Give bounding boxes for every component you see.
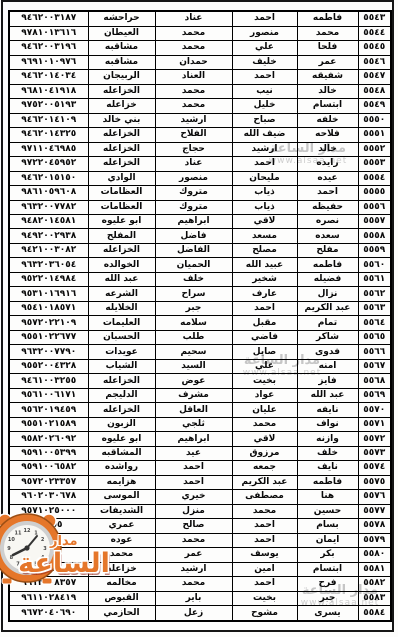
cell-grandfather-name: ابراهيم (155, 432, 232, 446)
cell-id: ٥٥٧٣ (358, 446, 391, 460)
cell-grandfather-name: السيد (155, 359, 232, 373)
cell-first-name: فضيله (297, 272, 358, 286)
cell-first-name: عبد الله (297, 388, 358, 402)
cell-grandfather-name: العاقل (155, 403, 232, 417)
cell-first-name: عمر (297, 55, 358, 69)
cell-grandfather-name: عوض (155, 374, 232, 388)
table-row: ٥٥٤٤محمدمنصورمحمدالعيطان٩٧٨١٠١٣٦١٦ (9, 26, 391, 40)
cell-phone: ٩٧٨١٠١٣٦١٦ (9, 26, 88, 40)
cell-phone: ٩٥٦٢٠١٩٤٥٩ (9, 403, 88, 417)
cell-grandfather-name: احمد (155, 461, 232, 475)
cell-father-name: جمعه (232, 461, 297, 475)
cell-id: ٥٥٦٢ (358, 287, 391, 301)
cell-family-name: الخوالده (88, 258, 155, 272)
cell-phone: ٩٦٣٢٠٠٧٧٨٢ (9, 200, 88, 214)
cell-id: ٥٥٥٧ (358, 215, 391, 229)
cell-first-name: حفيظه (297, 200, 358, 214)
cell-id: ٥٥٤٣ (358, 11, 391, 26)
cell-id: ٥٥٥٨ (358, 229, 391, 243)
table-row: ٥٥٥٨سعدهمسعدفاضلالمفلح٩٤٩٢٠٠٢٩٣٨ (9, 229, 391, 243)
cell-id: ٥٥٨٣ (358, 591, 391, 605)
cell-id: ٥٥٨٢ (358, 577, 391, 591)
cell-family-name: المفلح (88, 229, 155, 243)
cell-phone: ٩٤٦٢٠١٤٣٢٥ (9, 128, 88, 142)
cell-id: ٥٥٤٧ (358, 70, 391, 84)
cell-father-name: شخير (232, 272, 297, 286)
cell-father-name: امين (232, 562, 297, 576)
cell-id: ٥٥٧٤ (358, 461, 391, 475)
cell-phone: ٩٤٢١٠٠٣٠٨٢ (9, 243, 88, 257)
table-row: ٥٥٤٩ابتسامخليلمحمدخزاعله٩٧٥٢٠٠٥١٩٣ (9, 99, 391, 113)
cell-phone: ٩٥٨٢٠٢٦٠٩٢ (9, 432, 88, 446)
cell-first-name: فاطمه (297, 11, 358, 26)
cell-first-name: حسين (297, 504, 358, 518)
cell-first-name: بكر (297, 548, 358, 562)
cell-id: ٥٥٦٦ (358, 345, 391, 359)
cell-family-name: مشاقبه (88, 41, 155, 55)
cell-family-name: الحازمي (88, 606, 155, 621)
cell-grandfather-name: حجاج (155, 142, 232, 156)
cell-id: ٥٥٥٦ (358, 200, 391, 214)
cell-family-name: الخزاعله (88, 374, 155, 388)
cell-family-name: خزاعله (88, 562, 155, 576)
cell-id: ٥٥٥٤ (358, 171, 391, 185)
cell-id: ٥٥٧٩ (358, 533, 391, 547)
cell-father-name: علي (232, 359, 297, 373)
scanned-register-page: { "watermarks": { "site_name": "مدار الس… (0, 0, 398, 637)
cell-phone: ٩٦١٢٠٠٨٣٥٧ (9, 577, 88, 591)
cell-family-name: رواشده (88, 461, 155, 475)
cell-grandfather-name: خيري (155, 490, 232, 504)
cell-father-name: خليف (232, 55, 297, 69)
cell-phone: ٩٦٣٢٠٠٧٧٩٠ (9, 345, 88, 359)
cell-first-name: احمد (297, 186, 358, 200)
cell-family-name: الخزاعله (88, 142, 155, 156)
cell-phone: ٩٦٨١٠٤١٩١٨ (9, 84, 88, 98)
table-row: ٥٥٤٦عمرخليفحمدانمشاقبه٩٦٩١٠١٠٩٧٦ (9, 55, 391, 69)
cell-id: ٥٥٦٧ (358, 359, 391, 373)
cell-id: ٥٥٧٥ (358, 475, 391, 489)
cell-id: ٥٥٥٠ (358, 113, 391, 127)
table-row: ٥٥٧٩ايماناحمدمحمدعوده٤ (9, 533, 391, 547)
table-row: ٥٥٦٥شاكرفاضيطلبالحسبان٩٥٥١٠٢٢٦٧٧ (9, 330, 391, 344)
cell-first-name: هنا (297, 490, 358, 504)
table-row: ٥٥٧٢وازنهلاقيابراهيمابو عليوه٩٥٨٢٠٢٦٠٩٢ (9, 432, 391, 446)
cell-phone: ٩٥٤١٠١٨٥٧١ (9, 301, 88, 315)
cell-father-name: ارشيد (232, 142, 297, 156)
cell-phone: ٩٧٥٢٠٠٥١٩٣ (9, 99, 88, 113)
cell-grandfather-name: سحيم (155, 345, 232, 359)
cell-family-name: المشاقبه (88, 446, 155, 460)
cell-grandfather-name: منزل (155, 504, 232, 518)
cell-family-name: حراحشه (88, 11, 155, 26)
cell-father-name: احمد (232, 70, 297, 84)
cell-grandfather-name: محمد (155, 99, 232, 113)
table-row: ٥٥٥٢خالدارشيدحجاجالخزاعله٩٧١١٠٤٦٩٨٥ (9, 142, 391, 156)
cell-first-name: رايده (297, 157, 358, 171)
table-row: ٥٥٦٢نزالعارفسراحالشرعه٩٥٣١٠١٦٩١٦ (9, 287, 391, 301)
cell-phone: ٩٥٥١٠٢١٥٨٩ (9, 417, 88, 431)
cell-first-name: ايمان (297, 533, 358, 547)
cell-first-name: عيده (297, 171, 358, 185)
cell-first-name: وازنه (297, 432, 358, 446)
cell-father-name: عواد (232, 388, 297, 402)
cell-first-name: فاطمه (297, 258, 358, 272)
cell-family-name: محمد (88, 548, 155, 562)
cell-father-name: ذياب (232, 200, 297, 214)
cell-grandfather-name: الفاضل (155, 243, 232, 257)
cell-id: ٥٥٨٤ (358, 606, 391, 621)
table-row: ٥٥٥٤عيدهمليحانمنصورالوادي٩٤٦٢٠١٥١٥٠ (9, 171, 391, 185)
cell-first-name: خلف (297, 446, 358, 460)
cell-first-name: تمام (297, 316, 358, 330)
cell-first-name: نواف (297, 417, 358, 431)
cell-family-name: الخزاعله (88, 128, 155, 142)
cell-father-name: مشوح (232, 606, 297, 621)
cell-first-name: فلحا (297, 41, 358, 55)
cell-grandfather-name: محمد (155, 577, 232, 591)
cell-family-name: عويدات (88, 345, 155, 359)
table-row: ٥٥٥٠خلفهصباحارشيدبني خالد٩٤٦٢٠١٤١٠٩ (9, 113, 391, 127)
cell-family-name: عبد الله (88, 272, 155, 286)
cell-phone: ٩٥٢٢٠١٤٩٨٤ (9, 272, 88, 286)
cell-family-name: الحسبان (88, 330, 155, 344)
cell-father-name: لاقي (232, 432, 297, 446)
table-row: ٥٥٤٨خالدنيبمحمدالخزاعله٩٦٨١٠٤١٩١٨ (9, 84, 391, 98)
table-row: ٥٥٥١فلاحهضيف اللهالفلاحالخزاعله٩٤٦٢٠١٤٣٢… (9, 128, 391, 142)
cell-grandfather-name: عيد (155, 446, 232, 460)
cell-family-name: مخالمه (88, 577, 155, 591)
table-row: ٥٥٦٤تماممقبلسلامهالعليمات٩٥٧٢٠٢٢١٠٩ (9, 316, 391, 330)
cell-phone: ٤ (9, 533, 88, 547)
cell-id: ٥٥٨٠ (358, 548, 391, 562)
cell-phone: ١ (9, 548, 88, 562)
cell-grandfather-name: سلامه (155, 316, 232, 330)
cell-first-name: شاكر (297, 330, 358, 344)
cell-grandfather-name: فاضل (155, 229, 232, 243)
cell-father-name: عارف (232, 287, 297, 301)
cell-id: ٥٥٧٧ (358, 504, 391, 518)
cell-father-name: علي (232, 41, 297, 55)
cell-father-name: صباح (232, 113, 297, 127)
table-row: ٥٥٦٦فدوىصايلسحيمعويدات٩٦٣٢٠٠٧٧٩٠ (9, 345, 391, 359)
table-row: ٥٥٦١فضيلهشخيرخلفعبد الله٩٥٢٢٠١٤٩٨٤ (9, 272, 391, 286)
cell-family-name: القبوص (88, 591, 155, 605)
cell-phone: ٩٥٧٢٠٢٢١٠٩ (9, 316, 88, 330)
cell-family-name: بني خالد (88, 113, 155, 127)
cell-grandfather-name: محمد (155, 533, 232, 547)
cell-phone: ٩٥٧١٠٢٥٠٠٠ (9, 504, 88, 518)
cell-family-name: الموسى (88, 490, 155, 504)
cell-family-name: الخلايله (88, 301, 155, 315)
cell-phone: ٩٦١١٠٢٨٤١٩ (9, 591, 88, 605)
table-row: ٥٥٥٧نصرهلاقيابراهيمابو عليوه٩٤٨٢٠١٤٥٨١ (9, 215, 391, 229)
cell-father-name: مقبل (232, 316, 297, 330)
cell-family-name: الشديفات (88, 504, 155, 518)
cell-grandfather-name: احمد (155, 475, 232, 489)
cell-first-name: نزال (297, 287, 358, 301)
cell-phone: ٩٦٠٢٠٣٠٦٧٨ (9, 490, 88, 504)
cell-first-name: نايف (297, 461, 358, 475)
cell-father-name: مرزوق (232, 446, 297, 460)
table-row: ٥٥٦٣عبد الكريماحمدجبرالخلايله٩٥٤١٠١٨٥٧١ (9, 301, 391, 315)
cell-grandfather-name: متروك (155, 186, 232, 200)
cell-grandfather-name: زعل (155, 606, 232, 621)
cell-phone: ٩٤٦١٠٠٣٢٥٥ (9, 374, 88, 388)
cell-first-name: بسام (297, 519, 358, 533)
cell-id: ٥٥٧٢ (358, 432, 391, 446)
table-row: ٥٥٥٥احمدذيابمتروكالعظامات٩٨٦١٠٥٩٦٠٨ (9, 186, 391, 200)
cell-father-name: احمد (232, 577, 297, 591)
cell-first-name: ابتسام (297, 562, 358, 576)
cell-id: ٥٥٤٥ (358, 41, 391, 55)
cell-family-name: خزاعله (88, 99, 155, 113)
cell-phone: ٩٤٦٢٠١٥١٥٠ (9, 171, 88, 185)
table-row: ٥٥٨١ابتسامامينارشيدخزاعله٨٧٤ (9, 562, 391, 576)
cell-family-name: الخزاعله (88, 84, 155, 98)
cell-grandfather-name: العناد (155, 70, 232, 84)
cell-phone: ٩٥٧٢٠٢٣٣٥٧ (9, 475, 88, 489)
cell-first-name: ابتسام (297, 99, 358, 113)
cell-id: ٥٥٧٠ (358, 403, 391, 417)
cell-phone: ٩٧٢٢٠٤٥٩٥٢ (9, 157, 88, 171)
cell-father-name: بخيت (232, 374, 297, 388)
cell-father-name: ذياب (232, 186, 297, 200)
table-row: ٥٥٧٤نايفجمعهاحمدرواشده٩٥٩١٠٠٦٥٨٢ (9, 461, 391, 475)
table-row: ٥٥٦٧امنهعليالسيدالشياب٩٥٥٢٠٠٤٣٢٨ (9, 359, 391, 373)
cell-father-name: احمد (232, 533, 297, 547)
cell-grandfather-name: عناد (155, 157, 232, 171)
cell-first-name: جبر (297, 591, 358, 605)
cell-phone: ٩٨٦١٠٥٩٦٠٨ (9, 186, 88, 200)
cell-first-name: عبد الكريم (297, 301, 358, 315)
cell-grandfather-name: الحميان (155, 258, 232, 272)
cell-family-name: مشاقبه (88, 55, 155, 69)
table-row: ٥٥٨٠بكريوسفعمرمحمد١ (9, 548, 391, 562)
cell-family-name: الخزاعله (88, 157, 155, 171)
cell-id: ٥٥٦٥ (358, 330, 391, 344)
cell-family-name: الزبون (88, 417, 155, 431)
cell-father-name: احمد (232, 11, 297, 26)
cell-family-name: العيطان (88, 26, 155, 40)
cell-grandfather-name: الفلاح (155, 128, 232, 142)
cell-grandfather-name: ثلجي (155, 417, 232, 431)
cell-family-name: الدليجم (88, 388, 155, 402)
table-row: ٥٥٤٣فاطمهاحمدعنادحراحشه٩٤٦٢٠٠٣١٨٧ (9, 11, 391, 26)
cell-family-name: الوادي (88, 171, 155, 185)
cell-father-name: لاقي (232, 215, 297, 229)
table-row: ٥٥٧٦هنامصطفىخيريالموسى٩٦٠٢٠٣٠٦٧٨ (9, 490, 391, 504)
cell-grandfather-name: عناد (155, 11, 232, 26)
cell-phone: ٩٤٦٢٠٠٣١٨٧ (9, 11, 88, 26)
cell-family-name: عمري (88, 519, 155, 533)
cell-phone: ٩٦٣٢٠٣٦٠٥٤ (9, 258, 88, 272)
cell-first-name: نصره (297, 215, 358, 229)
records-tbody: ٥٥٤٣فاطمهاحمدعنادحراحشه٩٤٦٢٠٠٣١٨٧٥٥٤٤محم… (9, 11, 391, 621)
records-table: ٥٥٤٣فاطمهاحمدعنادحراحشه٩٤٦٢٠٠٣١٨٧٥٥٤٤محم… (8, 10, 392, 622)
cell-father-name: احمد (232, 519, 297, 533)
cell-first-name: يسرى (297, 606, 358, 621)
cell-first-name: مفلح (297, 243, 358, 257)
cell-first-name: فرح (297, 577, 358, 591)
cell-family-name: العليمات (88, 316, 155, 330)
cell-father-name: مصلح (232, 243, 297, 257)
cell-first-name: فدوى (297, 345, 358, 359)
cell-grandfather-name: صالح (155, 519, 232, 533)
cell-phone: ٩٦٧٢٠٤٠٦٩٠ (9, 606, 88, 621)
cell-first-name: نايفه (297, 403, 358, 417)
cell-family-name: العظامات (88, 200, 155, 214)
cell-grandfather-name: محمد (155, 84, 232, 98)
table-row: ٥٥٧٥فاطمهعبد الكريماحمدهزايمه٩٥٧٢٠٢٣٣٥٧ (9, 475, 391, 489)
cell-family-name: الشرعه (88, 287, 155, 301)
cell-grandfather-name: ارشيد (155, 113, 232, 127)
cell-first-name: شفيقه (297, 70, 358, 84)
cell-id: ٥٥٧١ (358, 417, 391, 431)
cell-id: ٥٥٦٩ (358, 388, 391, 402)
cell-family-name: الربيجان (88, 70, 155, 84)
cell-id: ٥٥٤٩ (358, 99, 391, 113)
cell-id: ٥٥٤٨ (358, 84, 391, 98)
cell-phone: ٩٥٦١٠٠٦١٧١ (9, 388, 88, 402)
cell-id: ٥٥٦٣ (358, 301, 391, 315)
cell-grandfather-name: محمد (155, 26, 232, 40)
cell-phone: ٩٤٦٢٠١٤٠٣٤ (9, 70, 88, 84)
table-row: ٥٥٧١نوافمحمدثلجيالزبون٩٥٥١٠٢١٥٨٩ (9, 417, 391, 431)
cell-grandfather-name: جبر (155, 301, 232, 315)
table-row: ٥٥٥٣رايدهاحمدعنادالخزاعله٩٧٢٢٠٤٥٩٥٢ (9, 157, 391, 171)
cell-father-name: خليل (232, 99, 297, 113)
cell-phone: ٩٧١١٠٤٦٩٨٥ (9, 142, 88, 156)
cell-id: ٥٥٥٥ (358, 186, 391, 200)
cell-first-name: خلفه (297, 113, 358, 127)
cell-family-name: الخزاعله (88, 243, 155, 257)
cell-grandfather-name: خلف (155, 272, 232, 286)
cell-grandfather-name: سراح (155, 287, 232, 301)
cell-phone: ٩٤٨٢٠١٤٥٨١ (9, 215, 88, 229)
cell-grandfather-name: طلب (155, 330, 232, 344)
cell-id: ٥٥٦٠ (358, 258, 391, 272)
cell-first-name: فايز (297, 374, 358, 388)
cell-father-name: يوسف (232, 548, 297, 562)
cell-father-name: صايل (232, 345, 297, 359)
cell-first-name: خالد (297, 142, 358, 156)
cell-phone: ٠٤٢٥٥ (9, 519, 88, 533)
table-row: ٥٥٤٥فلحاعليمحمدمشاقبه٩٤٦٢٠٠٣١٩٦ (9, 41, 391, 55)
table-row: ٥٥٧٧حسينمحمدمنزلالشديفات٩٥٧١٠٢٥٠٠٠ (9, 504, 391, 518)
cell-family-name: العظامات (88, 186, 155, 200)
table-row: ٥٥٦٨فايزبخيتعوضالخزاعله٩٤٦١٠٠٣٢٥٥ (9, 374, 391, 388)
cell-family-name: الخزاعله (88, 403, 155, 417)
cell-grandfather-name: ارشيد (155, 562, 232, 576)
table-row: ٥٥٥٦حفيظهذيابمتروكالعظامات٩٦٣٢٠٠٧٧٨٢ (9, 200, 391, 214)
cell-phone: ٩٥٩١٠٠٦٥٨٢ (9, 461, 88, 475)
cell-father-name: احمد (232, 157, 297, 171)
cell-grandfather-name: عمر (155, 548, 232, 562)
cell-grandfather-name: مشرف (155, 388, 232, 402)
table-row: ٥٥٥٩مفلحمصلحالفاضلالخزاعله٩٤٢١٠٠٣٠٨٢ (9, 243, 391, 257)
cell-phone: ٩٥٥١٠٢٢٦٧٧ (9, 330, 88, 344)
cell-id: ٥٥٦٤ (358, 316, 391, 330)
cell-grandfather-name: ابراهيم (155, 215, 232, 229)
cell-family-name: هزايمه (88, 475, 155, 489)
cell-father-name: عبد الكريم (232, 475, 297, 489)
cell-id: ٥٥٥١ (358, 128, 391, 142)
cell-father-name: بخيت (232, 591, 297, 605)
table-row: ٥٥٧٨بساماحمدصالحعمري٠٤٢٥٥ (9, 519, 391, 533)
cell-phone: ٩٥٥٢٠٠٤٣٢٨ (9, 359, 88, 373)
cell-id: ٥٥٧٨ (358, 519, 391, 533)
cell-phone: ٩٤٦٢٠١٤١٠٩ (9, 113, 88, 127)
cell-phone: ٩٦٩١٠١٠٩٧٦ (9, 55, 88, 69)
cell-phone: ٩٤٩٢٠٠٢٩٣٨ (9, 229, 88, 243)
cell-father-name: منصور (232, 26, 297, 40)
table-row: ٥٥٤٧شفيقهاحمدالعنادالربيجان٩٤٦٢٠١٤٠٣٤ (9, 70, 391, 84)
cell-phone: ٨٧٤ (9, 562, 88, 576)
cell-grandfather-name: متروك (155, 200, 232, 214)
table-row: ٥٥٦٩عبد اللهعوادمشرفالدليجم٩٥٦١٠٠٦١٧١ (9, 388, 391, 402)
table-row: ٥٥٦٠فاطمهعبيد اللهالحميانالخوالده٩٦٣٢٠٣٦… (9, 258, 391, 272)
cell-father-name: عبيد الله (232, 258, 297, 272)
cell-father-name: مصطفى (232, 490, 297, 504)
cell-grandfather-name: منصور (155, 171, 232, 185)
cell-first-name: فلاحه (297, 128, 358, 142)
cell-first-name: خالد (297, 84, 358, 98)
cell-id: ٥٥٧٦ (358, 490, 391, 504)
table-row: ٥٥٧٠نايفهعليانالعاقلالخزاعله٩٥٦٢٠١٩٤٥٩ (9, 403, 391, 417)
cell-father-name: احمد (232, 301, 297, 315)
cell-family-name: عوده (88, 533, 155, 547)
cell-id: ٥٥٥٢ (358, 142, 391, 156)
cell-father-name: محمد (232, 504, 297, 518)
cell-father-name: مسعد (232, 229, 297, 243)
cell-family-name: ابو عليوه (88, 215, 155, 229)
table-row: ٥٥٨٢فرحاحمدمحمدمخالمه٩٦١٢٠٠٨٣٥٧ (9, 577, 391, 591)
cell-id: ٥٥٦١ (358, 272, 391, 286)
cell-grandfather-name: حمدان (155, 55, 232, 69)
cell-father-name: مليحان (232, 171, 297, 185)
cell-first-name: فاطمه (297, 475, 358, 489)
cell-first-name: سعده (297, 229, 358, 243)
table-row: ٥٥٨٤يسرىمشوحزعلالحازمي٩٦٧٢٠٤٠٦٩٠ (9, 606, 391, 621)
cell-family-name: ابو عليوه (88, 432, 155, 446)
cell-grandfather-name: محمد (155, 41, 232, 55)
cell-first-name: محمد (297, 26, 358, 40)
cell-phone: ٩٤٦٢٠٠٣١٩٦ (9, 41, 88, 55)
cell-father-name: عليان (232, 403, 297, 417)
cell-id: ٥٥٤٤ (358, 26, 391, 40)
cell-father-name: ضيف الله (232, 128, 297, 142)
cell-phone: ٩٥٩١٠٠٥٣٩٩ (9, 446, 88, 460)
cell-id: ٥٥٥٩ (358, 243, 391, 257)
cell-id: ٥٥٨١ (358, 562, 391, 576)
cell-id: ٥٥٤٦ (358, 55, 391, 69)
cell-id: ٥٥٦٨ (358, 374, 391, 388)
cell-father-name: نيب (232, 84, 297, 98)
cell-phone: ٩٥٣١٠١٦٩١٦ (9, 287, 88, 301)
cell-id: ٥٥٥٣ (358, 157, 391, 171)
cell-father-name: فاضي (232, 330, 297, 344)
cell-family-name: الشياب (88, 359, 155, 373)
cell-first-name: امنه (297, 359, 358, 373)
table-row: ٥٥٧٣خلفمرزوقعيدالمشاقبه٩٥٩١٠٠٥٣٩٩ (9, 446, 391, 460)
cell-grandfather-name: باير (155, 591, 232, 605)
cell-father-name: محمد (232, 417, 297, 431)
table-row: ٥٥٨٣جبربخيتبايرالقبوص٩٦١١٠٢٨٤١٩ (9, 591, 391, 605)
